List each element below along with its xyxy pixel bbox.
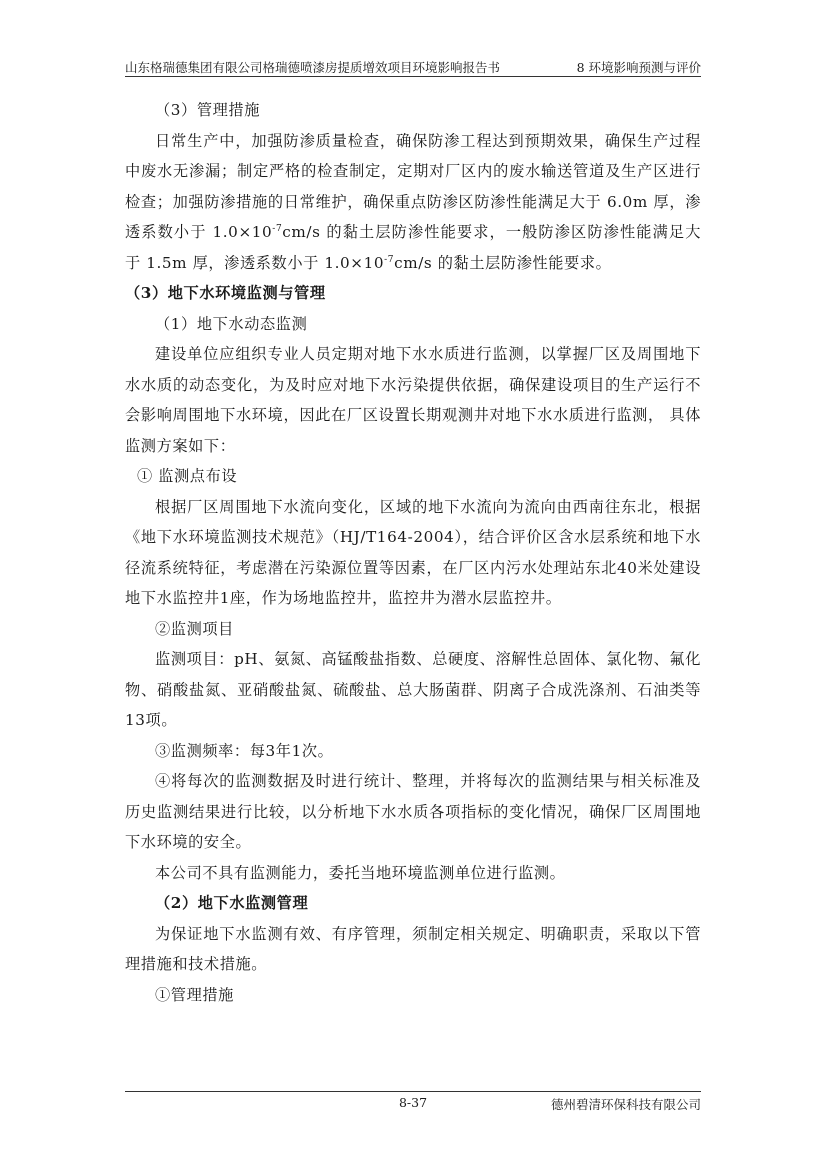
footer-company: 德州碧清环保科技有限公司 (551, 1095, 701, 1113)
item-monitoring-frequency: ③监测频率：每3年1次。 (125, 736, 701, 767)
superscript: -7 (272, 224, 282, 234)
subheading-management-measures: （3）管理措施 (125, 95, 701, 126)
paragraph-outsourced-monitoring: 本公司不具有监测能力，委托当地环境监测单位进行监测。 (125, 858, 701, 889)
paragraph-management-intro: 为保证地下水监测有效、有序管理，须制定相关规定、明确职责，采取以下管理措施和技术… (125, 919, 701, 980)
subheading-dynamic-monitoring: （1）地下水动态监测 (125, 309, 701, 340)
page-body: （3）管理措施 日常生产中，加强防渗质量检查，确保防渗工程达到预期效果，确保生产… (125, 95, 701, 1010)
paragraph-anti-seepage: 日常生产中，加强防渗质量检查，确保防渗工程达到预期效果，确保生产过程中废水无渗漏… (125, 126, 701, 279)
item-monitoring-items: ②监测项目 (125, 614, 701, 645)
header-chapter-title: 8 环境影响预测与评价 (577, 58, 701, 76)
paragraph-monitoring-points: 根据厂区周围地下水流向变化，区域的地下水流向为流向由西南往东北，根据《地下水环境… (125, 492, 701, 614)
item-monitoring-points: ① 监测点布设 (125, 461, 701, 492)
section-heading-groundwater: （3）地下水环境监测与管理 (125, 278, 701, 309)
subheading-monitoring-management: （2）地下水监测管理 (125, 888, 701, 919)
item-management-measures: ①管理措施 (125, 980, 701, 1011)
superscript: -7 (384, 254, 394, 264)
paragraph-data-analysis: ④将每次的监测数据及时进行统计、整理，并将每次的监测结果与相关标准及历史监测结果… (125, 766, 701, 858)
header-report-title: 山东格瑞德集团有限公司格瑞德喷漆房提质增效项目环境影响报告书 (125, 58, 500, 76)
page-header: 山东格瑞德集团有限公司格瑞德喷漆房提质增效项目环境影响报告书 8 环境影响预测与… (125, 56, 701, 77)
page-footer: 8-37 德州碧清环保科技有限公司 (125, 1091, 701, 1112)
text-run: cm/s 的黏土层防渗性能要求。 (394, 254, 611, 272)
paragraph-monitoring-items: 监测项目：pH、氨氮、高锰酸盐指数、总硬度、溶解性总固体、氯化物、氟化物、硝酸盐… (125, 644, 701, 736)
paragraph-monitoring-intro: 建设单位应组织专业人员定期对地下水水质进行监测，以掌握厂区及周围地下水水质的动态… (125, 339, 701, 461)
